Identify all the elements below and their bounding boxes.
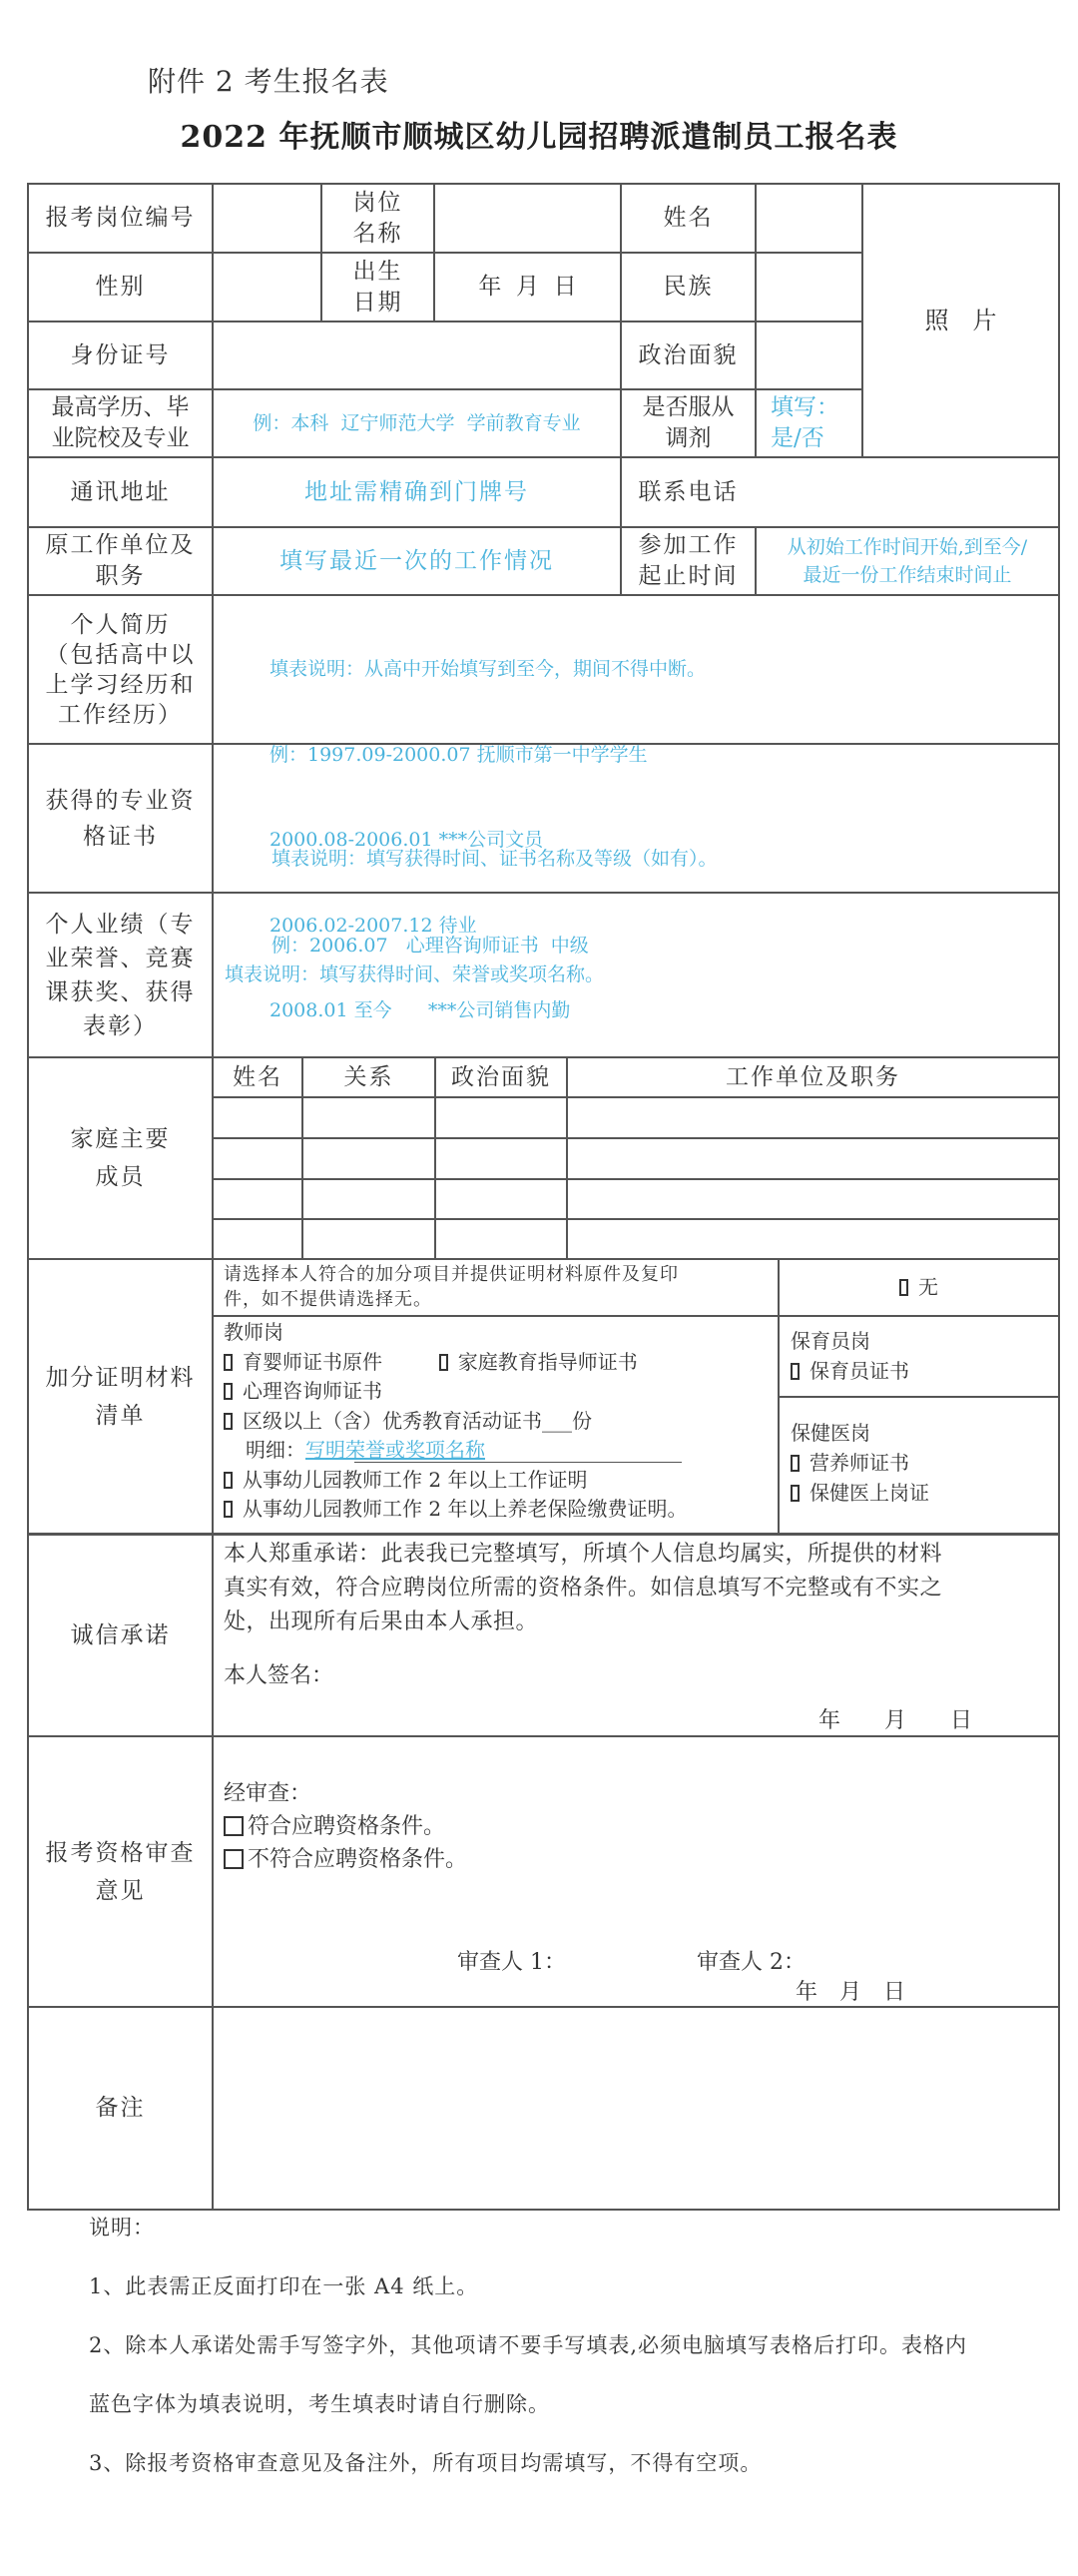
checkbox-icon[interactable] [224, 1816, 244, 1836]
review-options: 经审查： 符合应聘资格条件。 不符合应聘资格条件。 [224, 1777, 467, 1876]
promise-text: 本人郑重承诺：此表我已完整填写，所填个人信息均属实，所提供的材料 真实有效，符合… [224, 1538, 1054, 1639]
note-item: 2、除本人承诺处需手写签字外，其他项请不要手写填表,必须电脑填写表格后打印。表格… [89, 2329, 967, 2359]
checkbox-icon[interactable] [791, 1455, 800, 1472]
id-label: 身份证号 [29, 322, 212, 388]
obey-label: 是否服从 调剂 [622, 390, 755, 456]
resume-label: 个人简历 （包括高中以 上学习经历和 工作经历） [29, 596, 212, 743]
name-field[interactable] [757, 185, 861, 252]
family-col-political: 政治面貌 [436, 1058, 566, 1096]
family-edu-cert-option[interactable]: 家庭教育指导师证书 [439, 1350, 638, 1374]
checkbox-icon[interactable] [439, 1354, 448, 1371]
bonus-label: 加分证明材料 清单 [29, 1260, 212, 1533]
checkbox-icon[interactable] [224, 1849, 244, 1869]
political-field[interactable] [757, 322, 861, 388]
checkbox-icon[interactable] [791, 1363, 800, 1380]
position-name-label: 岗位 名称 [322, 185, 433, 252]
bonus-none-option[interactable]: 无 [780, 1260, 1058, 1315]
review-fail-option[interactable]: 不符合应聘资格条件。 [224, 1843, 467, 1876]
gender-field[interactable] [214, 254, 320, 321]
remarks-field[interactable] [214, 2008, 1058, 2209]
bonus-intro: 请选择本人符合的加分项目并提供证明材料原件及复印 件，如不提供请选择无。 [224, 1262, 773, 1312]
name-label: 姓名 [622, 185, 755, 252]
education-field[interactable]: 例：本科 辽宁师范大学 学前教育专业 [214, 390, 620, 456]
family-rows [214, 1098, 1058, 1258]
resume-field[interactable]: 填表说明：从高中开始填写到至今，期间不得中断。 例：1997.09-2000.0… [269, 598, 1048, 741]
phone-field[interactable] [757, 458, 1058, 526]
ethnicity-label: 民族 [622, 254, 755, 321]
achievements-field[interactable]: 填表说明：填写获得时间、荣誉或奖项名称。 [225, 894, 1053, 1056]
checkbox-icon[interactable] [224, 1383, 233, 1400]
checkbox-icon[interactable] [224, 1472, 233, 1489]
note-item: 3、除报考资格审查意见及备注外，所有项目均需填写，不得有空项。 [89, 2447, 762, 2477]
certificates-label: 获得的专业资 格证书 [29, 745, 212, 892]
review-pass-option[interactable]: 符合应聘资格条件。 [224, 1810, 467, 1843]
education-label: 最高学历、毕 业院校及专业 [29, 390, 212, 456]
table-row[interactable] [214, 1098, 1058, 1137]
table-row[interactable] [214, 1220, 1058, 1258]
checkbox-icon[interactable] [224, 1354, 233, 1371]
address-label: 通讯地址 [29, 458, 212, 526]
political-label: 政治面貌 [622, 322, 755, 388]
table-row[interactable] [214, 1139, 1058, 1178]
bonus-caregiver-section: 保育员岗 保育员证书 [791, 1326, 1050, 1386]
reviewer2-label: 审查人 2： [697, 1945, 806, 1976]
work-proof-option[interactable]: 从事幼儿园教师工作 2 年以上工作证明 [224, 1466, 775, 1496]
pension-proof-option[interactable]: 从事幼儿园教师工作 2 年以上养老保险缴费证明。 [224, 1495, 775, 1525]
address-field[interactable]: 地址需精确到门牌号 [214, 458, 620, 526]
nutritionist-cert-option[interactable]: 营养师证书 [791, 1448, 1050, 1478]
psych-cert-option[interactable]: 心理咨询师证书 [224, 1377, 775, 1407]
district-cert-option[interactable]: 区级以上（含）优秀教育活动证书___份 [224, 1407, 775, 1437]
work-time-label: 参加工作 起止时间 [622, 528, 755, 594]
note-item: 1、此表需正反面打印在一张 A4 纸上。 [89, 2270, 478, 2300]
nursery-cert-option[interactable]: 育婴师证书原件 [224, 1350, 382, 1374]
prev-job-label: 原工作单位及 职务 [29, 528, 212, 594]
bonus-teacher-section: 教师岗 育婴师证书原件 家庭教育指导师证书 心理咨询师证书 区级以上（含）优秀教… [224, 1318, 775, 1525]
position-code-label: 报考岗位编号 [29, 185, 212, 252]
id-field[interactable] [214, 322, 620, 388]
phone-label: 联系电话 [622, 458, 755, 526]
reviewer1-label: 审查人 1： [457, 1945, 566, 1976]
checkbox-icon[interactable] [224, 1501, 233, 1518]
detail-field[interactable]: 写明荣誉或奖项名称 [305, 1438, 485, 1462]
note-item: 蓝色字体为填表说明，考生填表时请自行删除。 [89, 2388, 550, 2418]
caregiver-cert-option[interactable]: 保育员证书 [791, 1356, 1050, 1386]
photo-box[interactable]: 照 片 [863, 185, 1058, 456]
obey-field[interactable]: 填写： 是/否 [757, 390, 861, 456]
gender-label: 性别 [29, 254, 212, 321]
detail-line: 明细：写明荣誉或奖项名称 [224, 1436, 775, 1466]
prev-job-field[interactable]: 填写最近一次的工作情况 [214, 528, 620, 594]
position-code-field[interactable] [214, 185, 320, 252]
work-time-field[interactable]: 从初始工作时间开始,到至今/ 最近一份工作结束时间止 [757, 528, 1058, 594]
achievements-label: 个人业绩（专 业荣誉、竞赛 课获奖、获得 表彰） [29, 894, 212, 1056]
family-col-relation: 关系 [303, 1058, 434, 1096]
family-col-workplace: 工作单位及职务 [568, 1058, 1058, 1096]
birth-date-field[interactable]: 年 月 日 [435, 254, 620, 321]
review-date: 年 月 日 [796, 1975, 905, 2006]
family-label: 家庭主要 成员 [29, 1058, 212, 1258]
checkbox-icon[interactable] [224, 1413, 233, 1430]
signature-field[interactable] [224, 1654, 1054, 1688]
form-title: 2022 年抚顺市顺城区幼儿园招聘派遣制员工报名表 [0, 112, 1078, 156]
birth-label: 出生 日期 [322, 254, 433, 321]
doctor-license-option[interactable]: 保健医上岗证 [791, 1478, 1050, 1508]
teacher-title: 教师岗 [224, 1318, 775, 1348]
checkbox-icon[interactable] [791, 1485, 800, 1502]
promise-label: 诚信承诺 [29, 1536, 212, 1735]
attachment-label: 附件 2 考生报名表 [148, 60, 389, 100]
bonus-doctor-section: 保健医岗 营养师证书 保健医上岗证 [791, 1418, 1050, 1508]
checkbox-icon[interactable] [899, 1279, 908, 1296]
family-col-name: 姓名 [214, 1058, 301, 1096]
detail-underline [354, 1462, 682, 1463]
remarks-label: 备注 [29, 2008, 212, 2209]
notes-title: 说明： [89, 2212, 155, 2242]
position-name-field[interactable] [435, 185, 620, 252]
review-label: 报考资格审查 意见 [29, 1737, 212, 2006]
promise-date: 年 月 日 [818, 1703, 972, 1734]
table-row[interactable] [214, 1180, 1058, 1218]
ethnicity-field[interactable] [757, 254, 861, 321]
